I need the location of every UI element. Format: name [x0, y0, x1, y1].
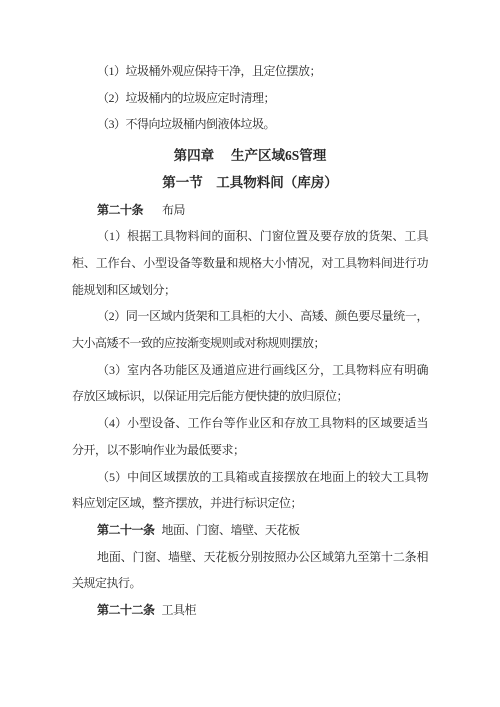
article-21-heading: 第二十一条地面、门窗、墙壁、天花板 — [72, 517, 428, 544]
paragraph-line: 分开，以不影响作业为最低要求； — [72, 437, 428, 464]
document-page: （1）垃圾桶外观应保持干净，且定位摆放； （2）垃圾桶内的垃圾应定时清理； （3… — [0, 0, 500, 707]
paragraph-line: （3）室内各功能区及通道应进行画线区分，工具物料应有明确 — [72, 357, 428, 384]
list-item-trash-2: （2）垃圾桶内的垃圾应定时清理； — [72, 85, 428, 112]
paragraph-line: 关规定执行。 — [72, 570, 428, 597]
paragraph-line: 柜、工作台、小型设备等数量和规格大小情况，对工具物料间进行功 — [72, 250, 428, 277]
article-20-heading: 第二十条布局 — [72, 197, 428, 224]
paragraph-line: （5）中间区域摆放的工具箱或直接摆放在地面上的较大工具物 — [72, 464, 428, 491]
paragraph-line: 存放区域标识，以保证用完后能方便快捷的放归原位； — [72, 383, 428, 410]
article-22-heading: 第二十二条工具柜 — [72, 597, 428, 624]
chapter-heading: 第四章 生产区域6S管理 — [72, 143, 428, 170]
paragraph-line: 地面、门窗、墙壁、天花板分别按照办公区域第九至第十二条相 — [72, 544, 428, 571]
paragraph-line: 大小高矮不一致的应按渐变规则或对称规则摆放； — [72, 330, 428, 357]
section-heading: 第一节 工具物料间（库房） — [72, 170, 428, 197]
list-item-trash-1: （1）垃圾桶外观应保持干净，且定位摆放； — [72, 58, 428, 85]
article-21-title: 地面、门窗、墙壁、天花板 — [162, 523, 300, 537]
paragraph-line: （1）根据工具物料间的面积、门窗位置及要存放的货架、工具 — [72, 223, 428, 250]
article-20-title: 布局 — [162, 203, 185, 217]
article-21-label: 第二十一条 — [97, 523, 155, 537]
list-item-trash-3: （3）不得向垃圾桶内倒液体垃圾。 — [72, 111, 428, 138]
article-22-title: 工具柜 — [162, 603, 197, 617]
article-20-label: 第二十条 — [97, 203, 143, 217]
paragraph-line: 料应划定区域，整齐摆放，并进行标识定位； — [72, 490, 428, 517]
article-22-label: 第二十二条 — [97, 603, 155, 617]
paragraph-line: （2）同一区域内货架和工具柜的大小、高矮、颜色要尽量统一， — [72, 303, 428, 330]
paragraph-line: （4）小型设备、工作台等作业区和存放工具物料的区域要适当 — [72, 410, 428, 437]
paragraph-line: 能规划和区域划分； — [72, 277, 428, 304]
